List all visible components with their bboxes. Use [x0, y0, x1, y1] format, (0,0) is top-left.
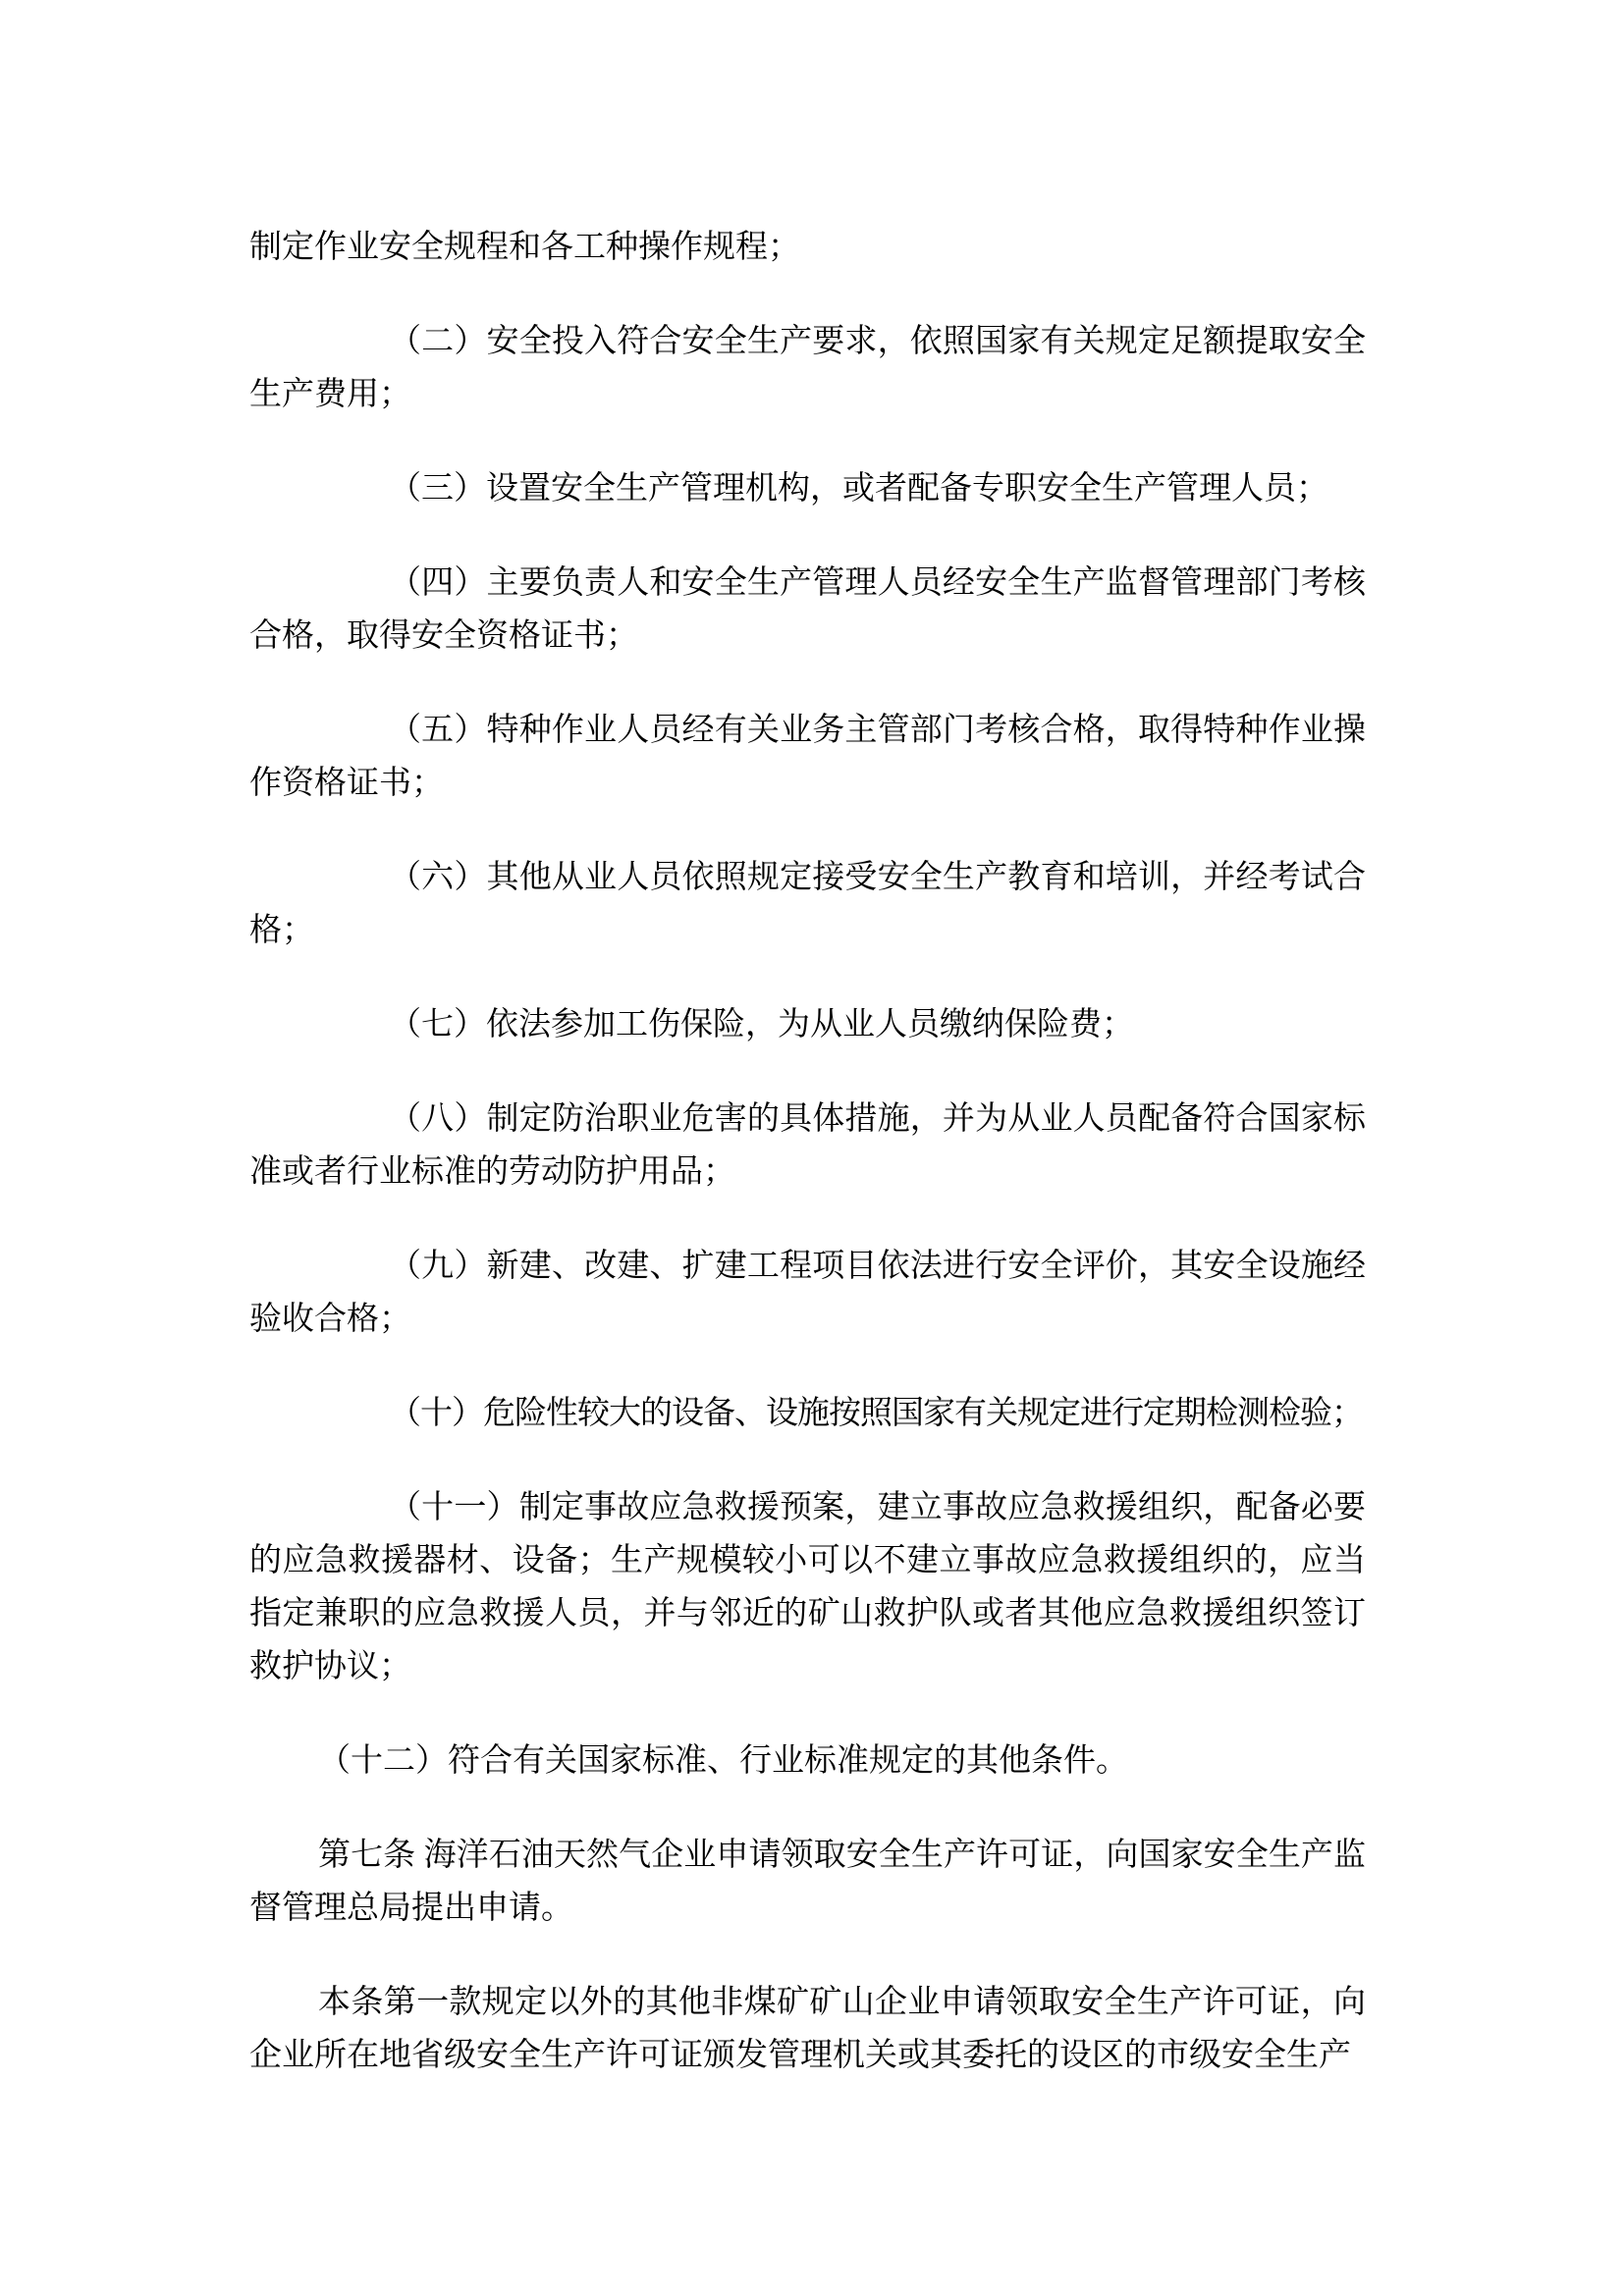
paragraph: （十）危险性较大的设备、设施按照国家有关规定进行定期检测检验；	[249, 1387, 1366, 1440]
document-page: 制定作业安全规程和各工种操作规程；（二）安全投入符合安全生产要求，依照国家有关规…	[0, 0, 1624, 2296]
paragraph: （八）制定防治职业危害的具体措施，并为从业人员配备符合国家标准或者行业标准的劳动…	[249, 1093, 1366, 1199]
paragraph: （五）特种作业人员经有关业务主管部门考核合格，取得特种作业操作资格证书；	[249, 704, 1366, 810]
paragraph: （二）安全投入符合安全生产要求，依照国家有关规定足额提取安全生产费用；	[249, 315, 1366, 421]
paragraph: 第七条 海洋石油天然气企业申请领取安全生产许可证，向国家安全生产监督管理总局提出…	[249, 1829, 1366, 1935]
paragraph: （三）设置安全生产管理机构，或者配备专职安全生产管理人员；	[249, 462, 1366, 515]
paragraph: （十一）制定事故应急救援预案，建立事故应急救援组织，配备必要的应急救援器材、设备…	[249, 1481, 1366, 1693]
paragraph: 制定作业安全规程和各工种操作规程；	[249, 221, 1366, 274]
paragraph: （七）依法参加工伤保险，为从业人员缴纳保险费；	[249, 998, 1366, 1051]
paragraph: （四）主要负责人和安全生产管理人员经安全生产监督管理部门考核合格，取得安全资格证…	[249, 557, 1366, 663]
paragraph: （六）其他从业人员依照规定接受安全生产教育和培训，并经考试合格；	[249, 851, 1366, 957]
paragraph: 本条第一款规定以外的其他非煤矿矿山企业申请领取安全生产许可证，向企业所在地省级安…	[249, 1976, 1366, 2082]
paragraph: （十二）符合有关国家标准、行业标准规定的其他条件。	[249, 1735, 1366, 1788]
paragraph: （九）新建、改建、扩建工程项目依法进行安全评价，其安全设施经验收合格；	[249, 1240, 1366, 1346]
